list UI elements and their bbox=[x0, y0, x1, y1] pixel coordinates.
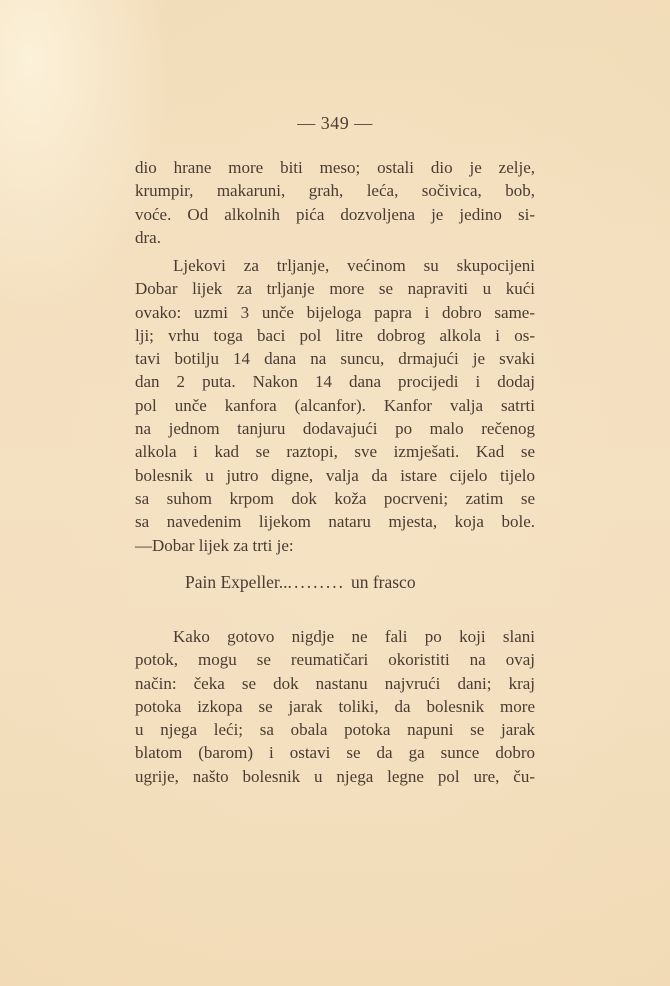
paragraph-diet: dio hrane more biti meso; ostali dio je … bbox=[135, 156, 535, 249]
text-line: na jednom tanjuru dodavajući po malo reč… bbox=[135, 417, 535, 440]
page-number: — 349 — bbox=[0, 113, 670, 134]
leader-dots: ........ bbox=[294, 572, 345, 592]
text-line: Ljekovi za trljanje, većinom su skupocij… bbox=[135, 254, 535, 277]
text-line: u njega leći; sa obala potoka napuni se … bbox=[135, 718, 535, 741]
text-line: blatom (barom) i ostavi se da ga sunce d… bbox=[135, 741, 535, 764]
text-line: sa navedenim lijekom nataru mjesta, koja… bbox=[135, 510, 535, 533]
text-line: način: čeka se dok nastanu najvrući dani… bbox=[135, 672, 535, 695]
text-line: sa suhom krpom dok koža pocrveni; zatim … bbox=[135, 487, 535, 510]
text-line: lji; vrhu toga baci pol litre dobrog alk… bbox=[135, 324, 535, 347]
text-line: dra. bbox=[135, 226, 535, 249]
text-line: pol unče kanfora (alcanfor). Kanfor valj… bbox=[135, 394, 535, 417]
paragraph-rubbing-remedies: Ljekovi za trljanje, većinom su skupocij… bbox=[135, 254, 535, 557]
text-line: Kako gotovo nigdje ne fali po koji slani bbox=[135, 625, 535, 648]
text-line: dio hrane more biti meso; ostali dio je … bbox=[135, 156, 535, 179]
text-line: dan 2 puta. Nakon 14 dana procijedi i do… bbox=[135, 370, 535, 393]
text-line: krumpir, makaruni, grah, leća, sočivica,… bbox=[135, 179, 535, 202]
text-line: potoka izkopa se jarak toliki, da bolesn… bbox=[135, 695, 535, 718]
prescription-quantity: un frasco bbox=[351, 572, 416, 592]
text-line: ovako: uzmi 3 unče bijeloga papra i dobr… bbox=[135, 301, 535, 324]
text-line: potok, mogu se reumatičari okoristiti na… bbox=[135, 648, 535, 671]
text-line: voće. Od alkolnih pića dozvoljena je jed… bbox=[135, 203, 535, 226]
scanned-book-page: — 349 — dio hrane more biti meso; ostali… bbox=[0, 0, 670, 986]
prescription-item: Pain Expeller... bbox=[185, 572, 292, 592]
text-line: ugrije, našto bolesnik u njega legne pol… bbox=[135, 765, 535, 788]
prescription-line: Pain Expeller...........un frasco bbox=[185, 572, 416, 593]
paragraph-salt-stream: Kako gotovo nigdje ne fali po koji slani… bbox=[135, 625, 535, 788]
text-line: —Dobar lijek za trti je: bbox=[135, 534, 535, 557]
text-line: Dobar lijek za trljanje more se napravit… bbox=[135, 277, 535, 300]
text-line: tavi botilju 14 dana na suncu, drmajući … bbox=[135, 347, 535, 370]
text-line: bolesnik u jutro digne, valja da istare … bbox=[135, 464, 535, 487]
text-line: alkola i kad se raztopi, sve izmješati. … bbox=[135, 440, 535, 463]
